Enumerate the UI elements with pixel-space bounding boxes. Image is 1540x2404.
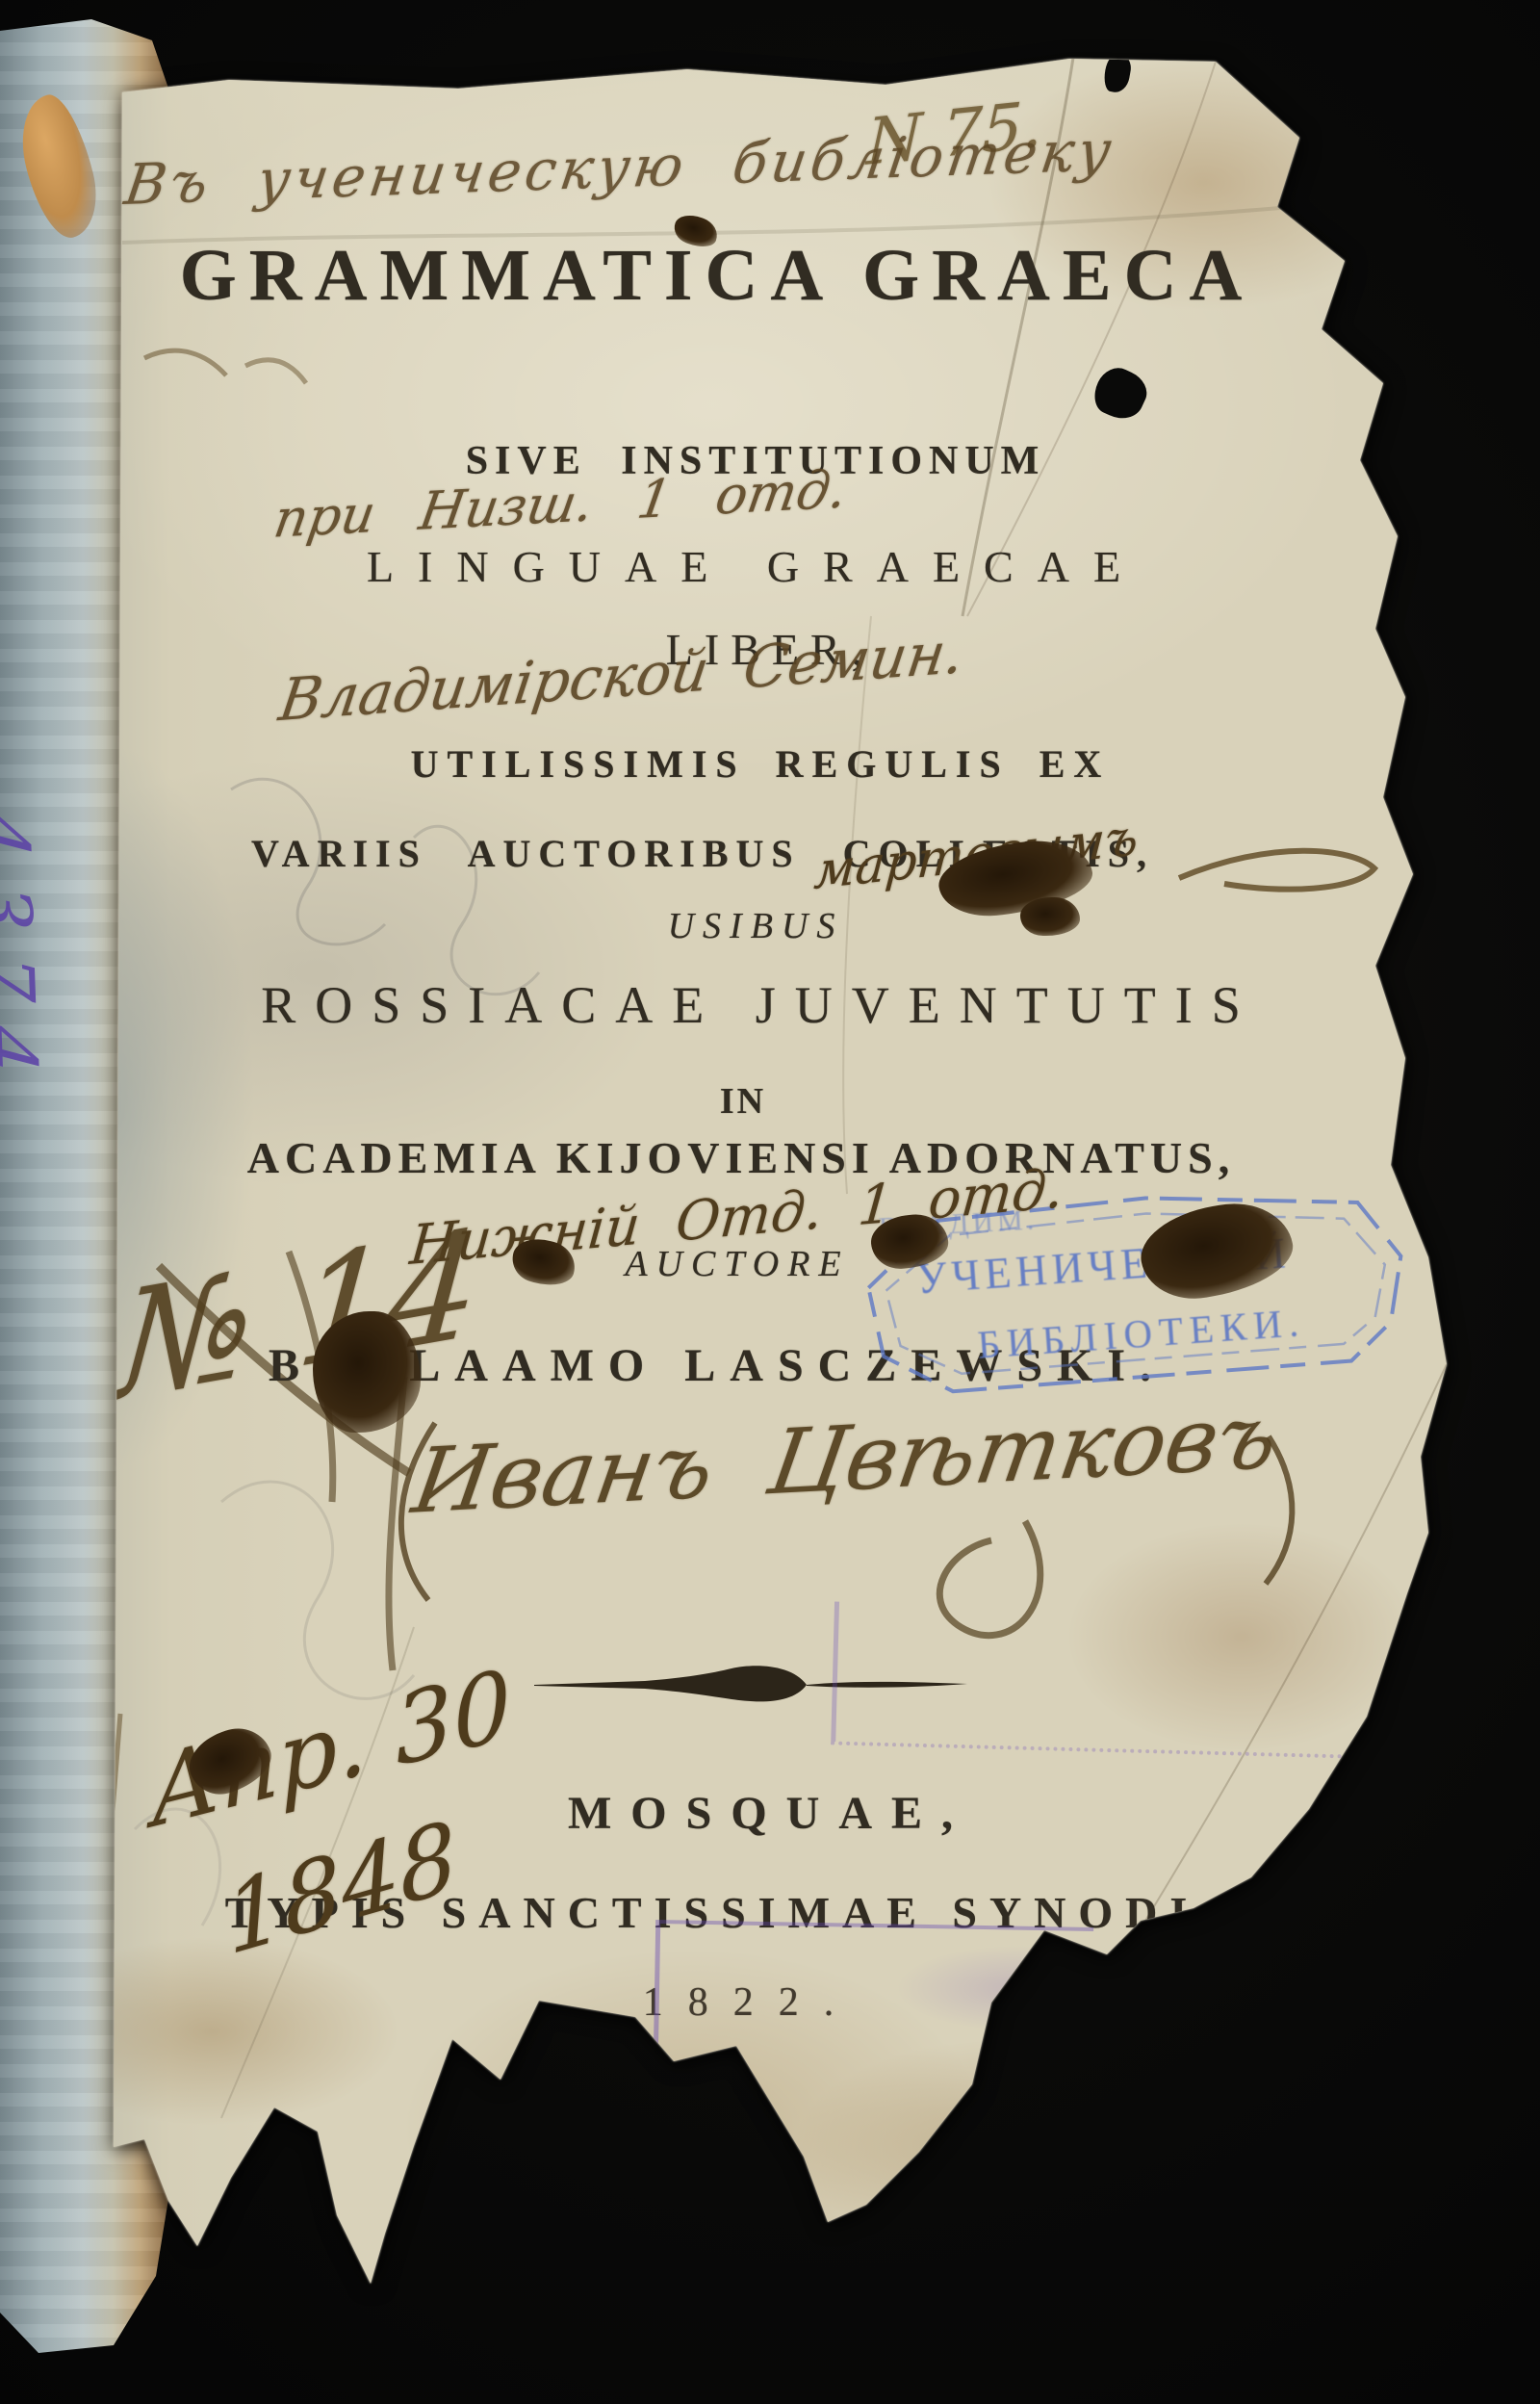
small-pen-mark-2 [245,360,306,383]
title-page-wrap: GRAMMATICA GRAECA SIVE INSTITUTIONUM LIN… [0,0,1540,2404]
subtitle-linguae: LINGUAE GRAECAE [0,541,1526,592]
small-pen-mark-1 [144,350,226,375]
purple-frame-stamp-year [654,1920,1093,2066]
line-academia: ACADEMIA KIJOVIENSI ADORNATUS, [0,1132,1511,1183]
line-in: IN [0,1080,1513,1123]
page-title: GRAMMATICA GRAECA [0,234,1487,318]
line-variis: VARIIS AUCTORIBUS COLLECTIS, [0,831,1473,876]
ink-blot-accession [313,1311,421,1433]
line-usibus: USIBUS [0,905,1526,947]
line-rossiacae: ROSSIACAE JUVENTUTIS [0,975,1530,1035]
line-utilissimis: UTILISSIMIS REGULIS EX [0,741,1530,787]
purple-frame-stamp-middle [831,1602,1461,1762]
title-page-paper: GRAMMATICA GRAECA SIVE INSTITUTIONUM LIN… [0,0,1540,2404]
purple-stamp-smear [895,1945,1145,2031]
photographed-title-page: GRAMMATICA GRAECA SIVE INSTITUTIONUM LIN… [0,0,1540,2404]
pencil-scribble-3 [221,1482,414,1698]
swelled-rule-body [534,1666,807,1701]
ink-blot-collectis-2 [1020,897,1080,936]
